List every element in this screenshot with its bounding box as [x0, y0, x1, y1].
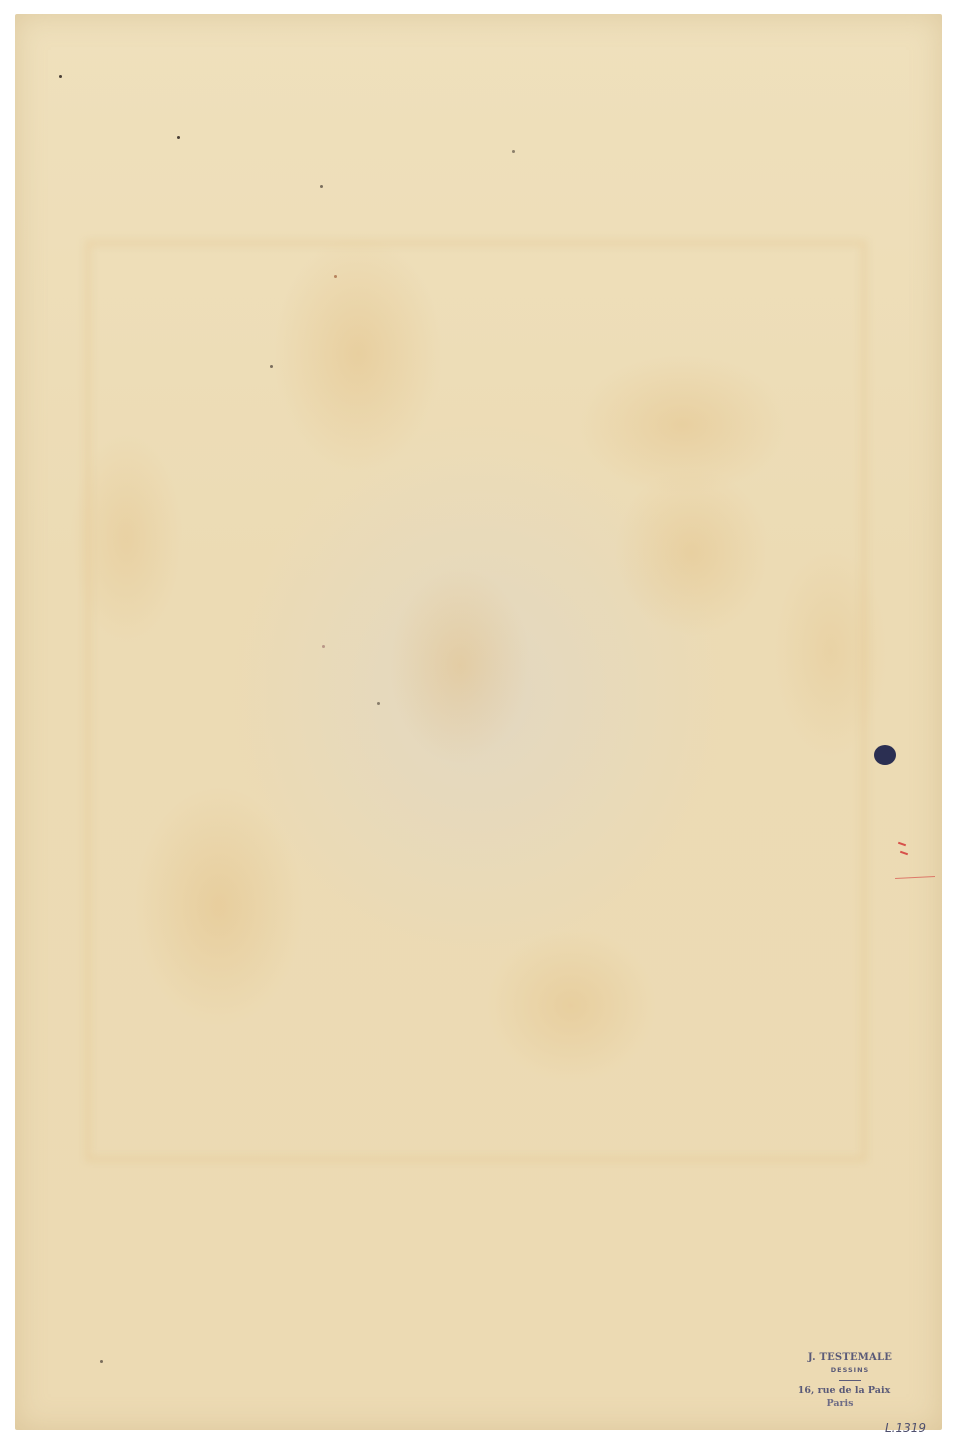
speck: [100, 1360, 103, 1363]
publisher-stamp: J. TESTEMALE DESSINS 16, rue de la Paix …: [790, 1352, 910, 1409]
speck: [59, 75, 62, 78]
inventory-number: L.1319: [885, 1421, 926, 1435]
stamp-name: J. TESTEMALE: [790, 1352, 910, 1363]
speck: [334, 275, 337, 278]
ink-dot: [874, 745, 896, 765]
stamp-subtitle: DESSINS: [790, 1366, 910, 1374]
speck: [377, 702, 380, 705]
speck: [512, 150, 515, 153]
speck: [322, 645, 325, 648]
stamp-address: 16, rue de la Paix: [778, 1385, 910, 1396]
speck: [177, 136, 180, 139]
stamp-rule: [839, 1380, 861, 1381]
speck: [270, 365, 273, 368]
speck: [320, 185, 323, 188]
show-through-frame: [85, 240, 867, 1162]
stamp-city: Paris: [770, 1398, 910, 1409]
